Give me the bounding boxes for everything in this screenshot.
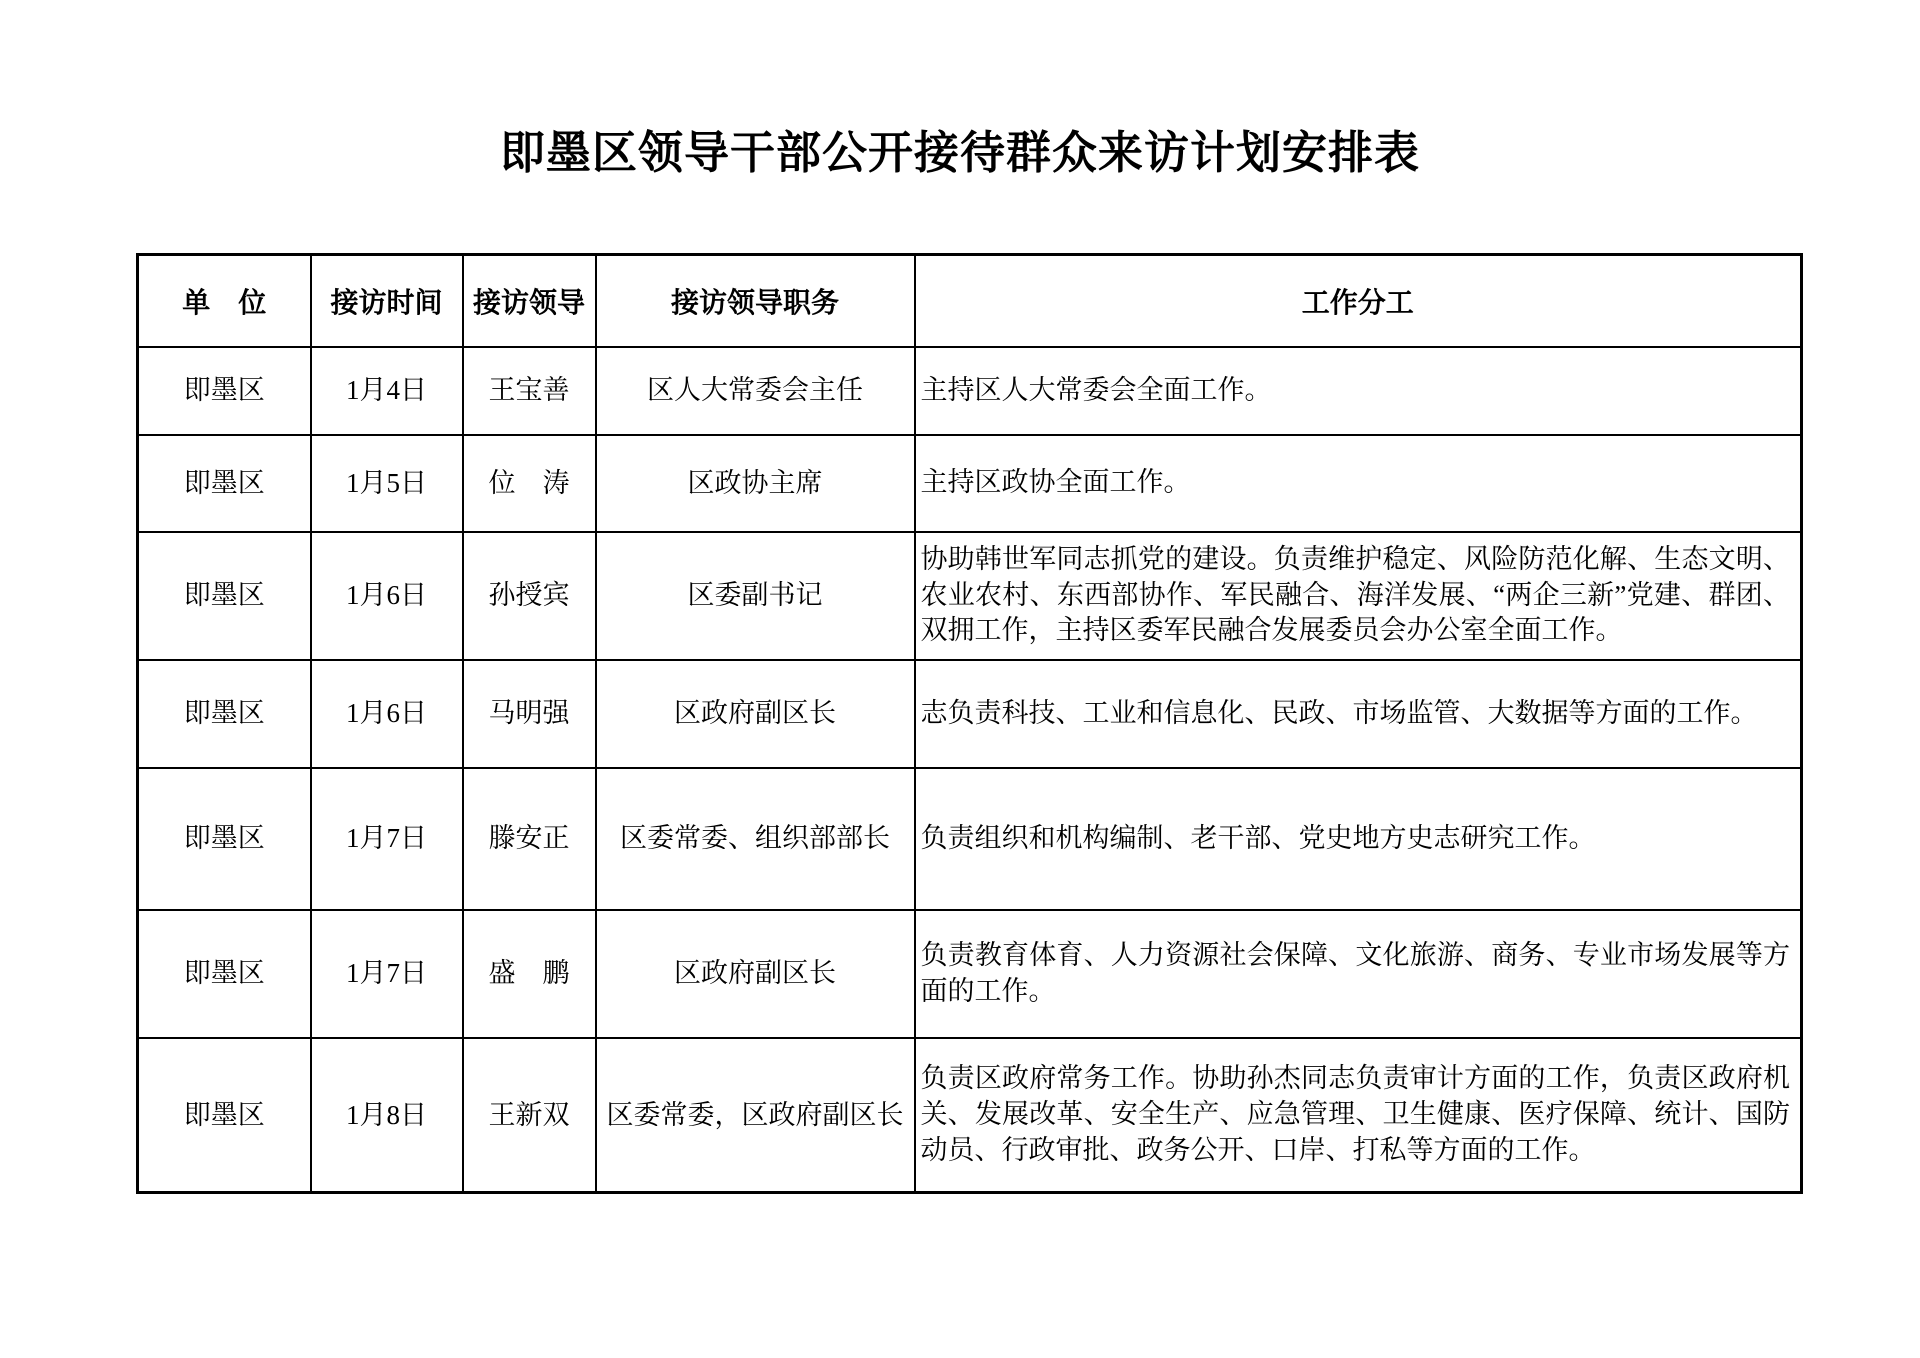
- cell-date: 1月7日: [311, 910, 463, 1038]
- cell-date: 1月7日: [311, 768, 463, 910]
- cell-unit: 即墨区: [138, 910, 311, 1038]
- table-row: 即墨区 1月4日 王宝善 区人大常委会主任 主持区人大常委会全面工作。: [138, 347, 1802, 435]
- cell-leader: 马明强: [463, 660, 596, 768]
- cell-duties: 主持区政协全面工作。: [915, 435, 1802, 532]
- cell-position: 区委常委、组织部部长: [596, 768, 915, 910]
- cell-unit: 即墨区: [138, 1038, 311, 1193]
- column-header-date: 接访时间: [311, 255, 463, 347]
- table-row: 即墨区 1月8日 王新双 区委常委，区政府副区长 负责区政府常务工作。协助孙杰同…: [138, 1038, 1802, 1193]
- cell-duties: 协助韩世军同志抓党的建设。负责维护稳定、风险防范化解、生态文明、农业农村、东西部…: [915, 532, 1802, 660]
- cell-date: 1月5日: [311, 435, 463, 532]
- table-row: 即墨区 1月6日 马明强 区政府副区长 志负责科技、工业和信息化、民政、市场监管…: [138, 660, 1802, 768]
- document-page: 即墨区领导干部公开接待群众来访计划安排表 单 位 接访时间 接访领导 接访领导职…: [0, 0, 1920, 1358]
- cell-unit: 即墨区: [138, 347, 311, 435]
- cell-leader: 位 涛: [463, 435, 596, 532]
- column-header-duties: 工作分工: [915, 255, 1802, 347]
- cell-duties: 主持区人大常委会全面工作。: [915, 347, 1802, 435]
- cell-leader: 孙授宾: [463, 532, 596, 660]
- cell-leader: 王宝善: [463, 347, 596, 435]
- column-header-position: 接访领导职务: [596, 255, 915, 347]
- column-header-unit: 单 位: [138, 255, 311, 347]
- table-row: 即墨区 1月5日 位 涛 区政协主席 主持区政协全面工作。: [138, 435, 1802, 532]
- table-row: 即墨区 1月6日 孙授宾 区委副书记 协助韩世军同志抓党的建设。负责维护稳定、风…: [138, 532, 1802, 660]
- page-title: 即墨区领导干部公开接待群众来访计划安排表: [0, 116, 1920, 181]
- cell-unit: 即墨区: [138, 532, 311, 660]
- cell-position: 区政府副区长: [596, 660, 915, 768]
- cell-unit: 即墨区: [138, 768, 311, 910]
- cell-duties: 负责区政府常务工作。协助孙杰同志负责审计方面的工作，负责区政府机关、发展改革、安…: [915, 1038, 1802, 1193]
- cell-duties: 志负责科技、工业和信息化、民政、市场监管、大数据等方面的工作。: [915, 660, 1802, 768]
- cell-duties: 负责组织和机构编制、老干部、党史地方史志研究工作。: [915, 768, 1802, 910]
- column-header-leader: 接访领导: [463, 255, 596, 347]
- cell-date: 1月8日: [311, 1038, 463, 1193]
- cell-position: 区政协主席: [596, 435, 915, 532]
- schedule-table-container: 单 位 接访时间 接访领导 接访领导职务 工作分工 即墨区 1月4日 王宝善 区…: [136, 253, 1803, 1194]
- cell-unit: 即墨区: [138, 660, 311, 768]
- table-row: 即墨区 1月7日 滕安正 区委常委、组织部部长 负责组织和机构编制、老干部、党史…: [138, 768, 1802, 910]
- table-row: 即墨区 1月7日 盛 鹏 区政府副区长 负责教育体育、人力资源社会保障、文化旅游…: [138, 910, 1802, 1038]
- cell-position: 区委常委，区政府副区长: [596, 1038, 915, 1193]
- header-row: 单 位 接访时间 接访领导 接访领导职务 工作分工: [138, 255, 1802, 347]
- cell-date: 1月6日: [311, 532, 463, 660]
- cell-leader: 滕安正: [463, 768, 596, 910]
- cell-leader: 盛 鹏: [463, 910, 596, 1038]
- schedule-table: 单 位 接访时间 接访领导 接访领导职务 工作分工 即墨区 1月4日 王宝善 区…: [136, 253, 1803, 1194]
- cell-unit: 即墨区: [138, 435, 311, 532]
- cell-duties: 负责教育体育、人力资源社会保障、文化旅游、商务、专业市场发展等方面的工作。: [915, 910, 1802, 1038]
- cell-date: 1月4日: [311, 347, 463, 435]
- cell-position: 区政府副区长: [596, 910, 915, 1038]
- cell-date: 1月6日: [311, 660, 463, 768]
- cell-position: 区委副书记: [596, 532, 915, 660]
- cell-position: 区人大常委会主任: [596, 347, 915, 435]
- cell-leader: 王新双: [463, 1038, 596, 1193]
